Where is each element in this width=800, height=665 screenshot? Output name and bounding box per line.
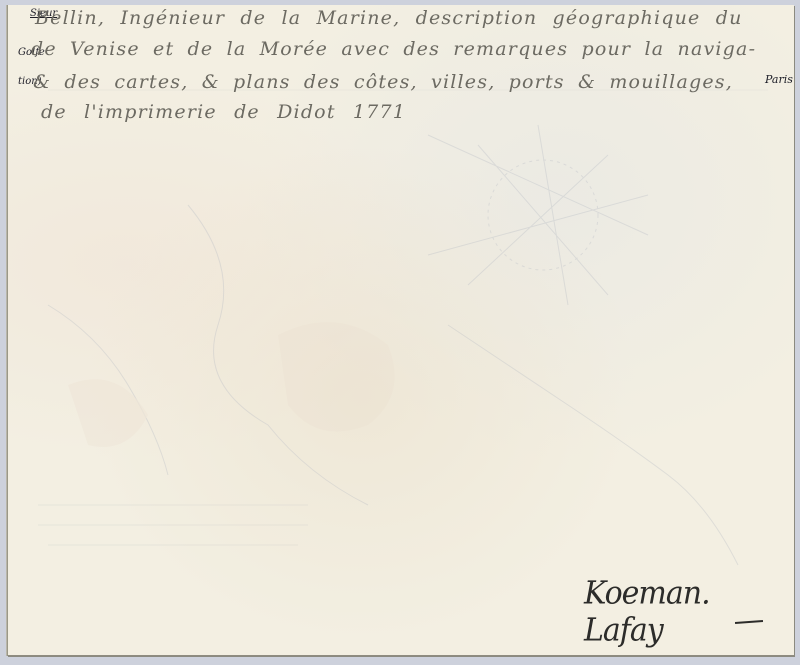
scan-background: Sieur Bellin, Ingénieur de la Marine, de… bbox=[0, 0, 800, 665]
paper-sheet: Sieur Bellin, Ingénieur de la Marine, de… bbox=[7, 5, 794, 656]
pencil-line-1: Bellin, Ingénieur de la Marine, descript… bbox=[35, 7, 795, 29]
pencil-line-2: de Venise et de la Morée avec des remarq… bbox=[31, 38, 756, 60]
margin-note-paris: Paris bbox=[765, 73, 793, 86]
signature: Koeman. Lafay bbox=[584, 575, 794, 649]
pencil-line-3: & des cartes, & plans des côtes, villes,… bbox=[33, 71, 733, 93]
pencil-line-4: de l'imprimerie de Didot 1771 bbox=[41, 101, 406, 123]
